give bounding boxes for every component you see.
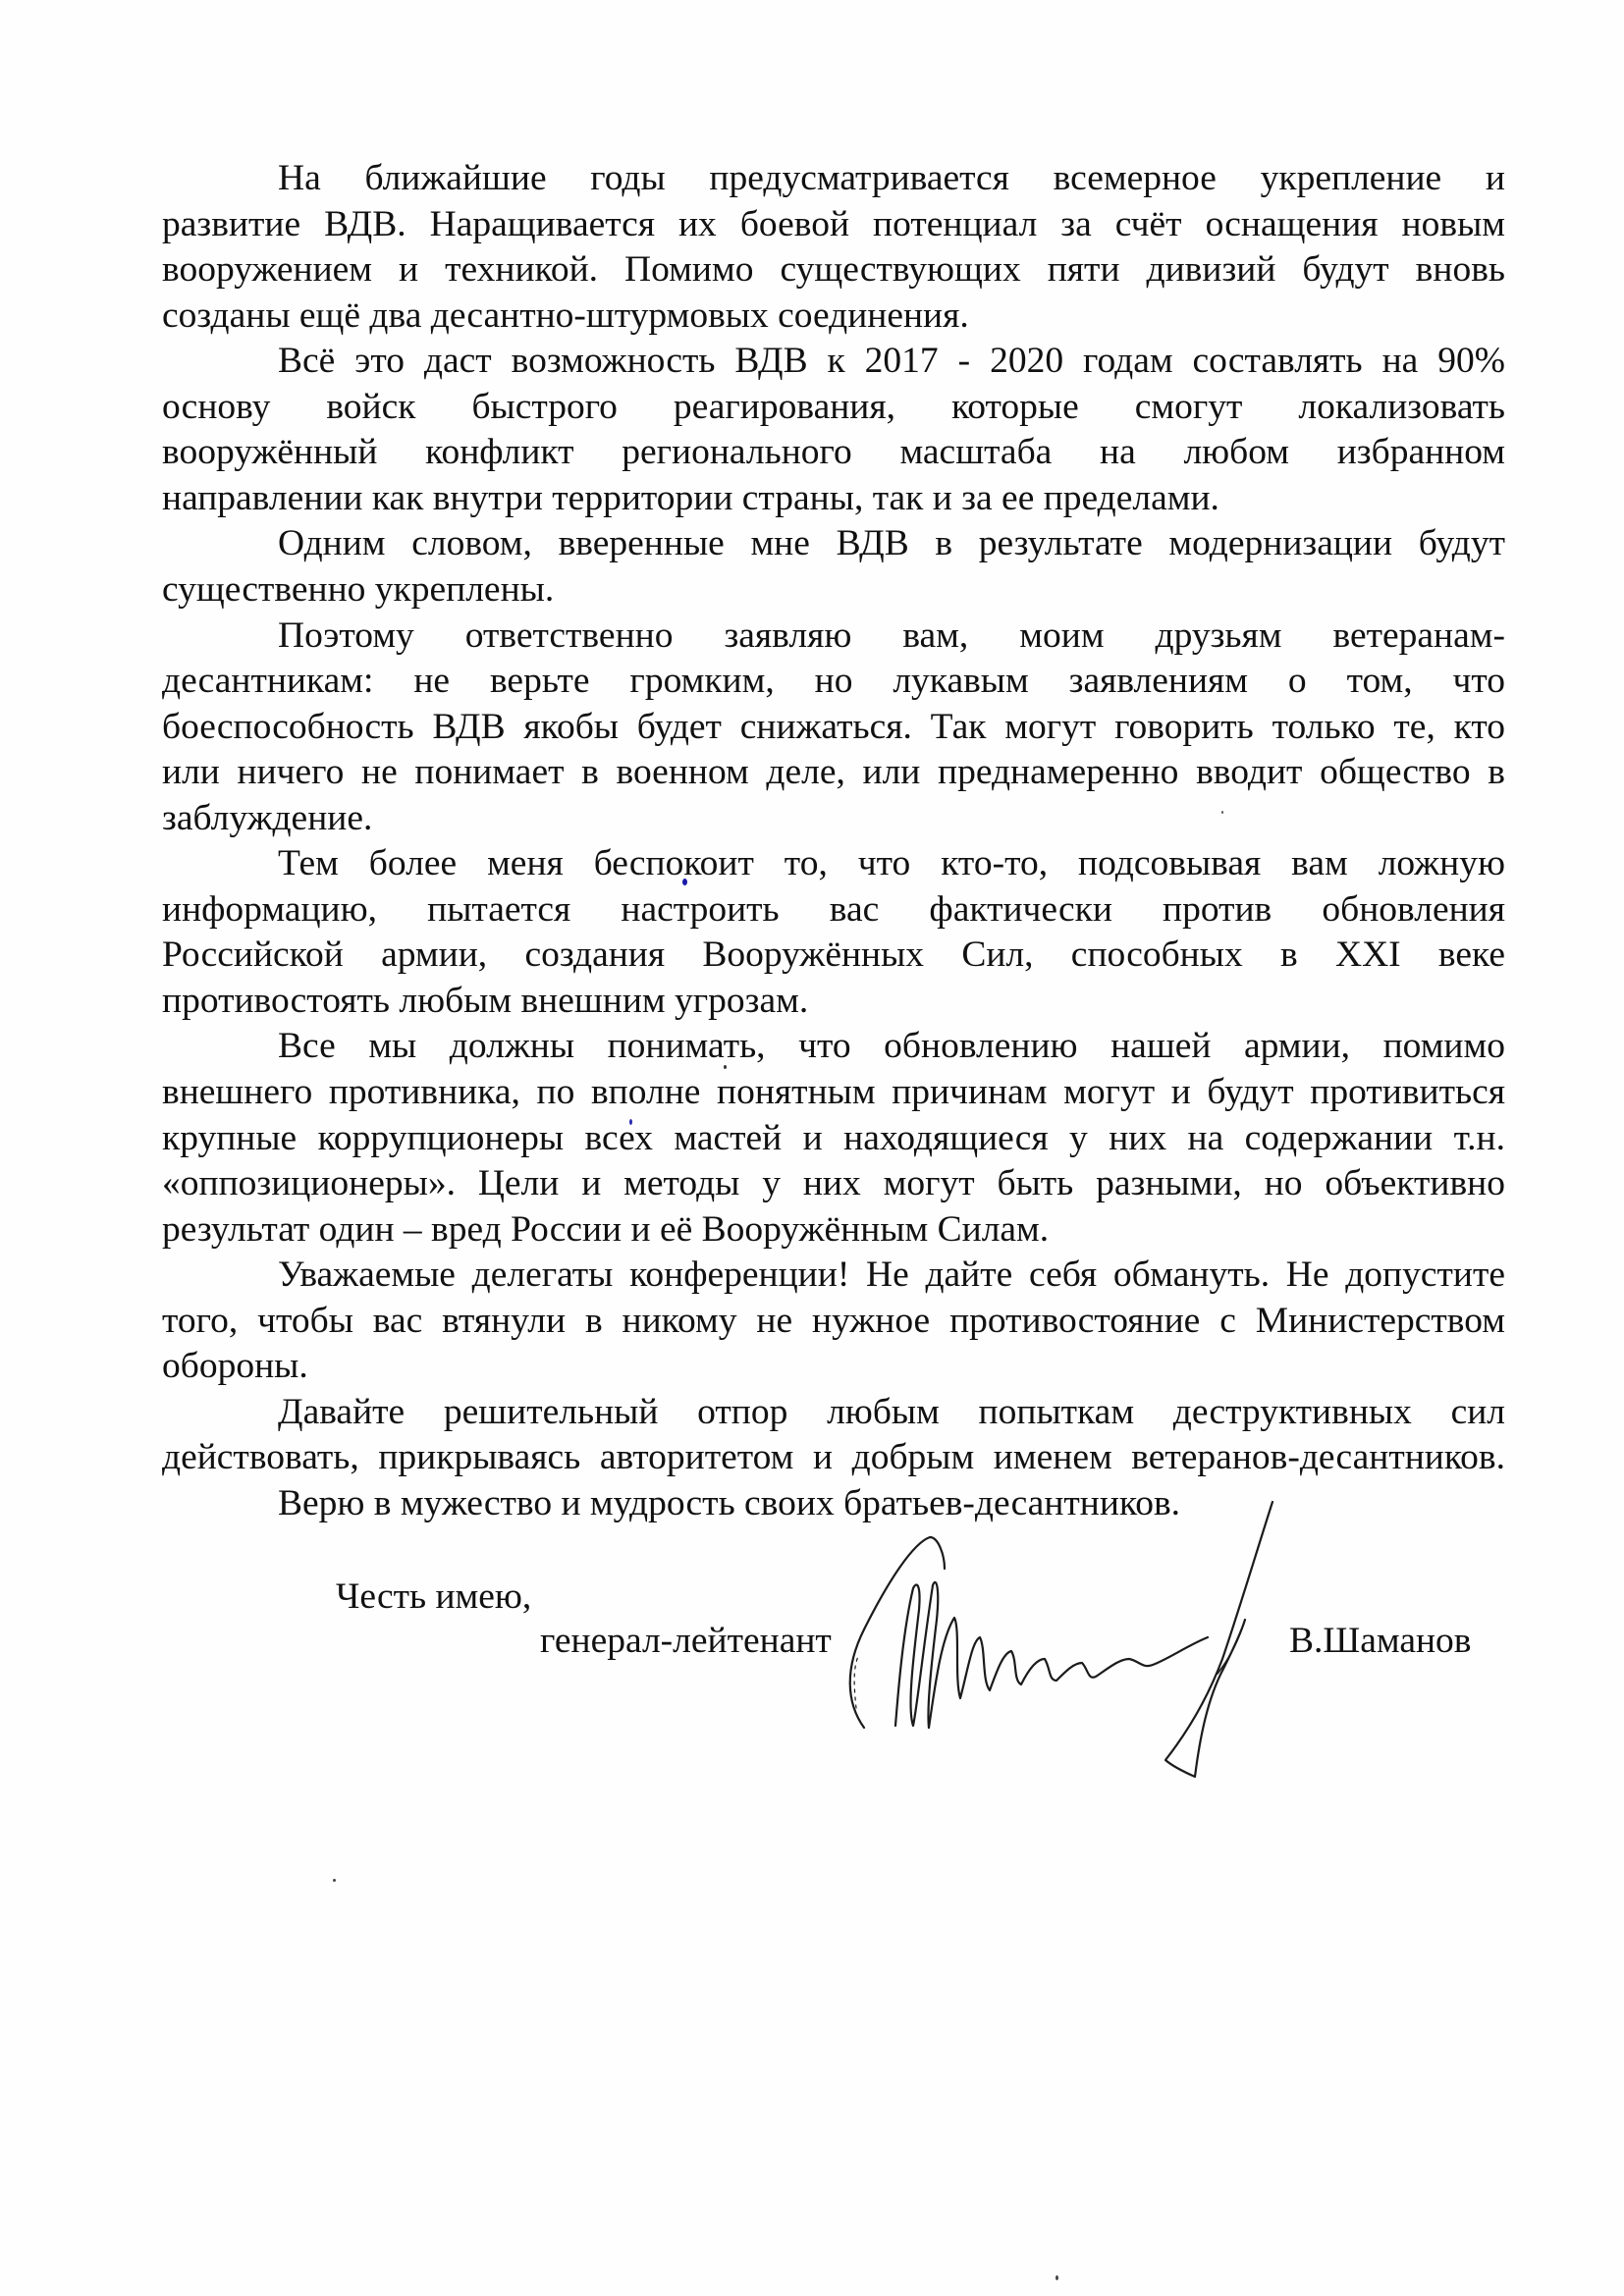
letter-line: десантникам: не верьте громким, но лукав… [162, 659, 1505, 704]
letter-line: направлении как внутри территории страны… [162, 476, 1219, 521]
scan-dot [333, 1879, 336, 1882]
letter-line: вооружением и техникой. Помимо существую… [162, 247, 1505, 293]
letter-line: информацию, пытается настроить вас факти… [162, 887, 1505, 933]
letter-line: противостоять любым внешним угрозам. [162, 979, 808, 1024]
letter-line: основу войск быстрого реагирования, кото… [162, 385, 1505, 430]
letter-line: существенно укреплены. [162, 567, 554, 613]
letter-line: созданы ещё два десантно-штурмовых соеди… [162, 294, 969, 339]
letter-line: На ближайшие годы предусматривается всем… [278, 156, 1505, 201]
letter-line: Верю в мужество и мудрость своих братьев… [278, 1481, 1180, 1526]
letter-line: внешнего противника, по вполне понятным … [162, 1070, 1505, 1115]
pen-mark [682, 879, 687, 885]
letter-line: Всё это даст возможность ВДВ к 2017 - 20… [278, 339, 1505, 384]
scan-dot [724, 1065, 727, 1069]
letter-line: Давайте решительный отпор любым попыткам… [278, 1390, 1505, 1435]
letter-line: Одним словом, вверенные мне ВДВ в резуль… [278, 521, 1505, 566]
letter-line: Поэтому ответственно заявляю вам, моим д… [278, 614, 1505, 659]
letter-line: вооружённый конфликт регионального масшт… [162, 430, 1505, 475]
signer-rank: генерал-лейтенант [540, 1619, 832, 1664]
signer-name: В.Шаманов [1289, 1619, 1472, 1664]
letter-line: результат один – вред России и её Вооруж… [162, 1207, 1049, 1253]
letter-line: Все мы должны понимать, что обновлению н… [278, 1024, 1505, 1069]
scan-dot [1056, 2275, 1058, 2280]
scan-dot [1221, 811, 1223, 814]
letter-line: Российской армии, создания Вооружённых С… [162, 933, 1505, 978]
letter-line: «оппозиционеры». Цели и методы у них мог… [162, 1161, 1505, 1206]
pen-mark [629, 1119, 632, 1125]
letter-line: боеспособность ВДВ якобы будет снижаться… [162, 705, 1505, 750]
letter-line: развитие ВДВ. Наращивается их боевой пот… [162, 202, 1505, 247]
letter-line: действовать, прикрываясь авторитетом и д… [162, 1435, 1505, 1480]
letter-line: или ничего не понимает в военном деле, и… [162, 750, 1505, 795]
letter-line: крупные коррупционеры всех мастей и нахо… [162, 1116, 1505, 1161]
letter-line: того, чтобы вас втянули в никому не нужн… [162, 1299, 1505, 1344]
letter-line: Уважаемые делегаты конференции! Не дайте… [278, 1253, 1505, 1298]
letter-line: обороны. [162, 1344, 308, 1389]
closing-salutation: Честь имею, [336, 1575, 531, 1620]
letter-line: Тем более меня беспокоит то, что кто-то,… [278, 841, 1505, 886]
document-page: На ближайшие годы предусматривается всем… [0, 0, 1624, 2296]
letter-line: заблуждение. [162, 796, 372, 841]
